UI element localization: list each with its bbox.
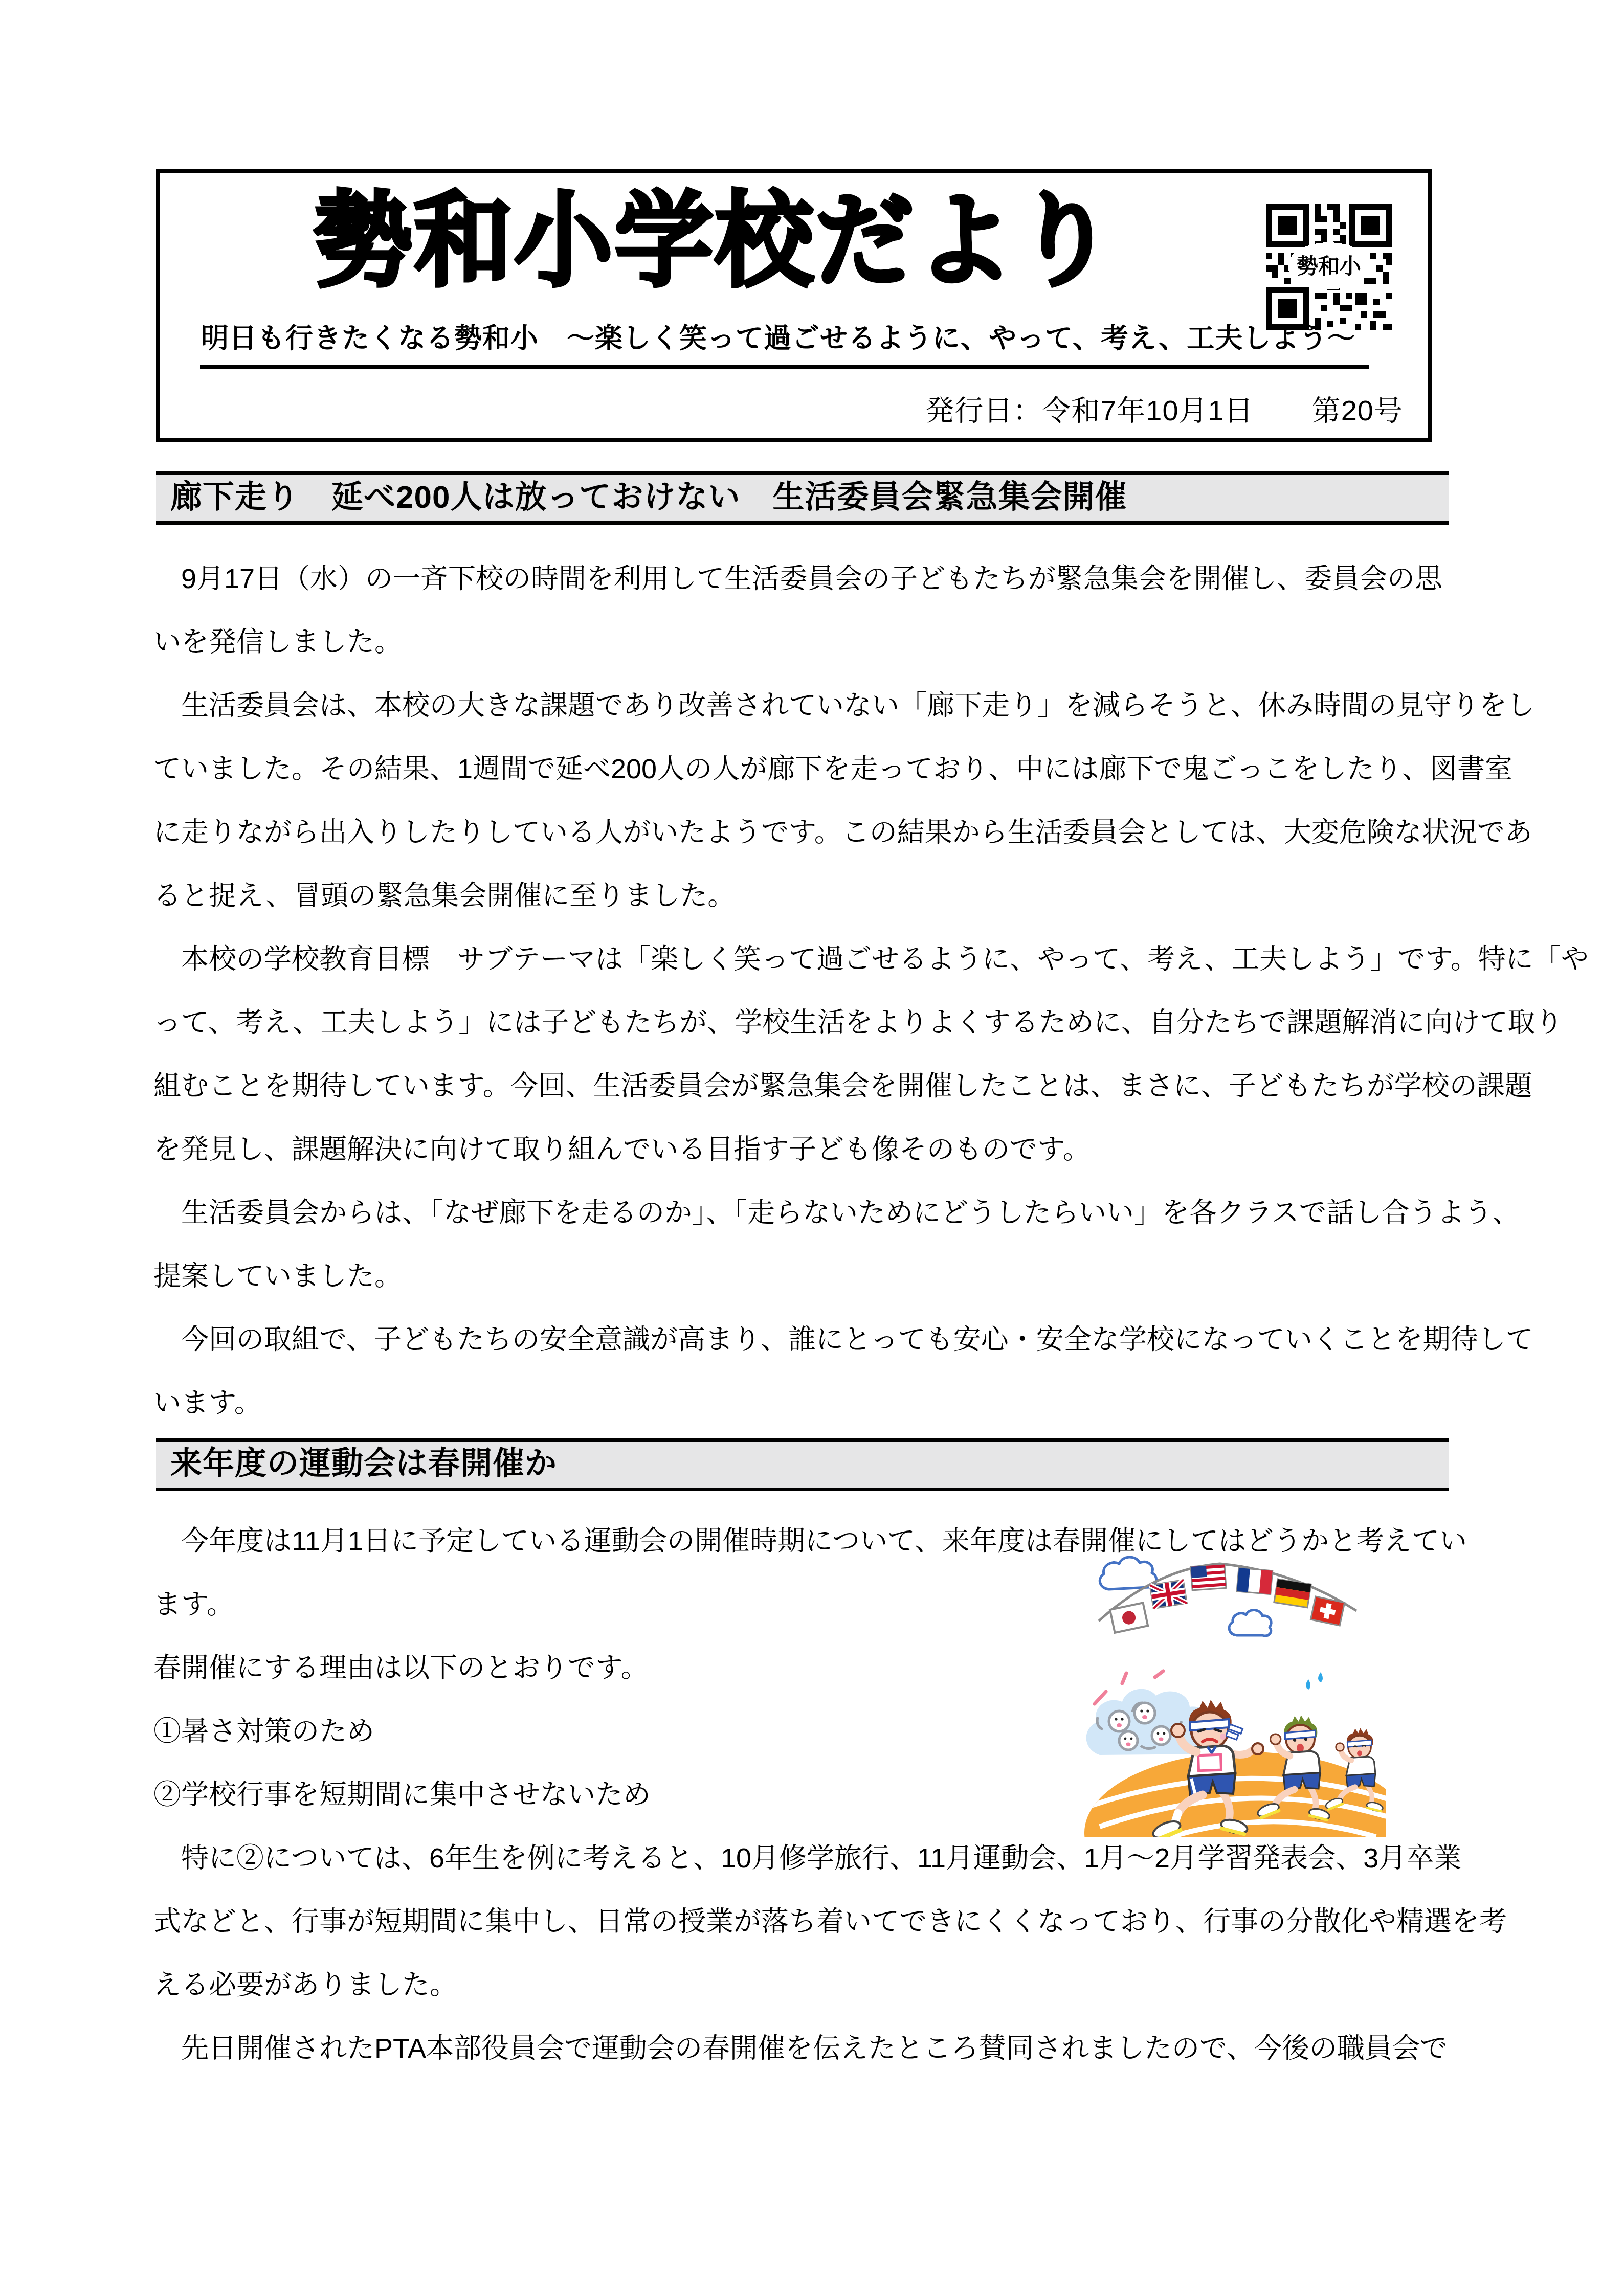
body-line: 今回の取組で、子どもたちの安全意識が高まり、誰にとっても安心・安全な学校になって… bbox=[153, 1308, 1504, 1371]
body-line: 9月17日（水）の一斉下校の時間を利用して生活委員会の子どもたちが緊急集会を開催… bbox=[153, 547, 1504, 611]
body-line: 先日開催されたPTA本部役員会で運動会の春開催を伝えたところ賛同されましたので、… bbox=[153, 2017, 1504, 2080]
issue-date-and-number: 発行日：令和7年10月1日 第20号 bbox=[925, 388, 1403, 429]
body-line: 提案していました。 bbox=[153, 1245, 1504, 1308]
body-line: 本校の学校教育目標 サブテーマは「楽しく笑って過ごせるように、やって、考え、工夫… bbox=[153, 928, 1504, 991]
body-line: いを発信しました。 bbox=[153, 611, 1504, 674]
body-line: 生活委員会からは、「なぜ廊下を走るのか」、「走らないためにどうしたらいい」を各ク… bbox=[153, 1181, 1504, 1245]
header-box: 勢和小学校だより bbox=[156, 169, 1432, 442]
qr-center-label: 勢和小 bbox=[1297, 254, 1362, 278]
body-line: を発見し、課題解決に向けて取り組んでいる目指す子ども像そのものです。 bbox=[153, 1118, 1504, 1181]
running-children-icon bbox=[1079, 1668, 1386, 1837]
body-line: える必要がありました。 bbox=[153, 1953, 1504, 2017]
section-heading-hallway-running: 廊下走り 延べ200人は放っておけない 生活委員会緊急集会開催 bbox=[156, 471, 1449, 525]
qr-code: 勢和小 bbox=[1261, 199, 1397, 335]
running-children-illustration bbox=[1079, 1668, 1386, 1837]
flag-bunting-icon bbox=[1095, 1549, 1361, 1649]
body-line: って、考え、工夫しよう」には子どもたちが、学校生活をよりよくするために、自分たち… bbox=[153, 991, 1504, 1054]
body-line: に走りながら出入りしたりしている人がいたようです。この結果から生活委員会としては… bbox=[153, 801, 1504, 864]
body-line: います。 bbox=[153, 1371, 1504, 1435]
school-motto-subtitle: 明日も行きたくなる勢和小 ～楽しく笑って過ごせるように、やって、考え、工夫しよう… bbox=[200, 317, 1369, 369]
body-line: ていました。その結果、1週間で延べ200人の人が廊下を走っており、中には廊下で鬼… bbox=[153, 737, 1504, 801]
body-line: 式などと、行事が短期間に集中し、日常の授業が落ち着いてできにくくなっており、行事… bbox=[153, 1890, 1504, 1953]
newsletter-page: 勢和小学校だより bbox=[0, 0, 1624, 2296]
section1-body: 9月17日（水）の一斉下校の時間を利用して生活委員会の子どもたちが緊急集会を開催… bbox=[153, 547, 1504, 1435]
newsletter-title: 勢和小学校だより bbox=[181, 183, 1250, 300]
section-heading-sports-day-spring: 来年度の運動会は春開催か bbox=[156, 1438, 1449, 1491]
flag-bunting-illustration bbox=[1095, 1549, 1361, 1649]
body-line: ると捉え、冒頭の緊急集会開催に至りました。 bbox=[153, 864, 1504, 928]
qr-code-icon: 勢和小 bbox=[1261, 199, 1397, 335]
body-line: 生活委員会は、本校の大きな課題であり改善されていない「廊下走り」を減らそうと、休… bbox=[153, 674, 1504, 737]
body-line: 組むことを期待しています。今回、生活委員会が緊急集会を開催したことは、まさに、子… bbox=[153, 1054, 1504, 1118]
